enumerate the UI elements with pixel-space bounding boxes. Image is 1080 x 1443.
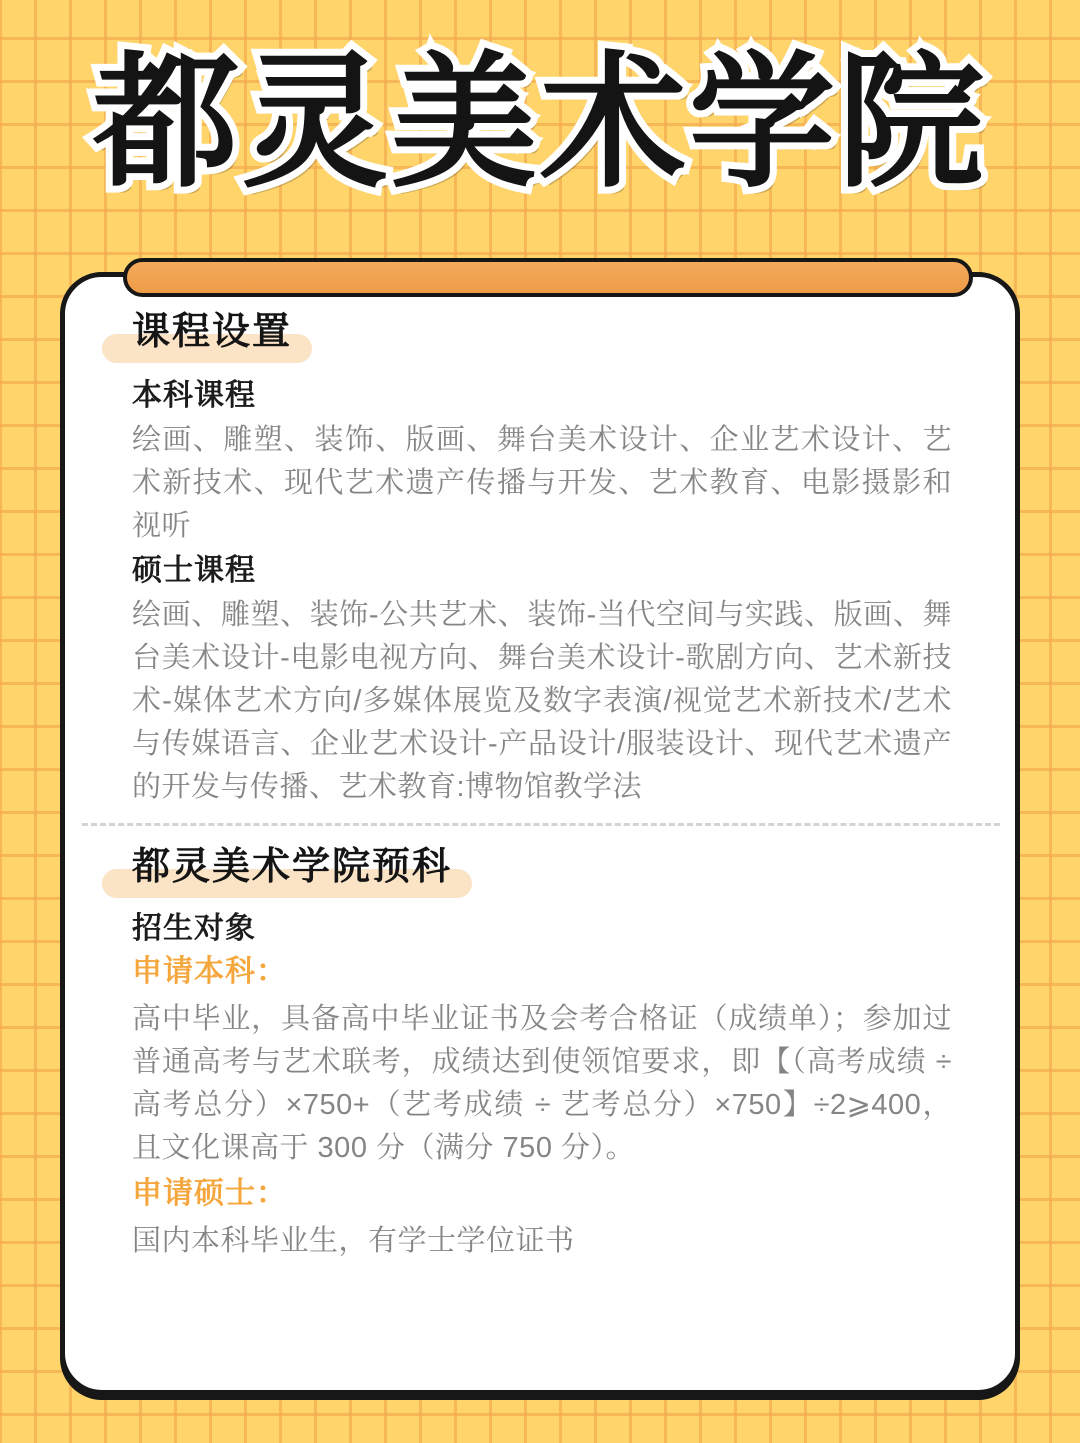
undergraduate-course-list: 绘画、雕塑、装饰、版画、舞台美术设计、企业艺术设计、艺术新技术、现代艺术遗产传播… [132,419,952,548]
section-heading-foundation: 都灵美术学院预科 [132,842,452,892]
poster-title-text: 都灵美术学院 [0,30,1080,215]
poster-title: 都灵美术学院 都灵美术学院 [0,30,1080,215]
poster-background: { "poster": { "title": "都灵美术学院" }, "cour… [0,0,1080,1443]
card-content: 课程设置 本科课程 绘画、雕塑、装饰、版画、舞台美术设计、企业艺术设计、艺术新技… [132,307,952,1263]
section-heading-courses: 课程设置 [132,307,292,357]
master-course-list: 绘画、雕塑、装饰-公共艺术、装饰-当代空间与实践、版画、舞台美术设计-电影电视方… [132,594,952,809]
label-apply-bachelor: 申请本科： [132,950,952,994]
subheading-master-courses: 硕士课程 [132,552,952,590]
section-heading-foundation-label: 都灵美术学院预科 [132,846,452,888]
apply-master-text: 国内本科毕业生，有学士学位证书 [132,1220,952,1263]
label-apply-master: 申请硕士： [132,1172,952,1216]
content-card: 课程设置 本科课程 绘画、雕塑、装饰、版画、舞台美术设计、企业艺术设计、艺术新技… [60,272,1020,1395]
subheading-admission-target: 招生对象 [132,910,952,948]
card-top-bar [123,258,973,297]
dashed-divider [82,823,1000,826]
apply-bachelor-text: 高中毕业，具备高中毕业证书及会考合格证（成绩单）；参加过普通高考与艺术联考，成绩… [132,998,952,1170]
section-heading-courses-label: 课程设置 [132,311,292,353]
subheading-undergraduate-courses: 本科课程 [132,377,952,415]
